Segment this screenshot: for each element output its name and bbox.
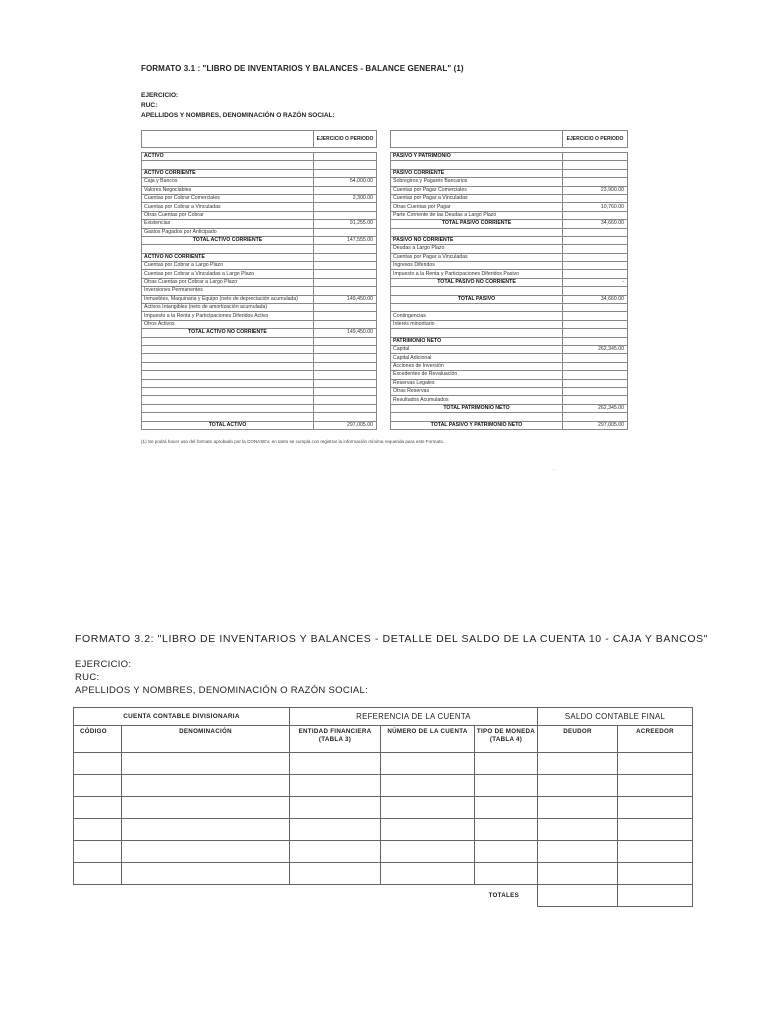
col-numero-cuenta-cell[interactable]	[381, 841, 475, 863]
col-deudor-cell[interactable]	[538, 819, 618, 841]
col-deudor-cell[interactable]	[538, 841, 618, 863]
balance-row-label: Capital	[391, 345, 563, 353]
balance-row: ACTIVO	[142, 153, 377, 161]
balance-row-value	[563, 161, 628, 169]
balance-row-value	[563, 413, 628, 421]
balance-row-label: TOTAL PASIVO Y PATRIMONIO NETO	[391, 421, 563, 429]
balance-row-label: PASIVO Y PATRIMONIO	[391, 153, 563, 161]
balance-row: Caja y Bancos54,000.00	[142, 178, 377, 186]
balance-row-label: Parte Corriente de las Deudas a Largo Pl…	[391, 211, 563, 219]
balance-row	[142, 413, 377, 421]
balance-row-value: 54,000.00	[314, 178, 377, 186]
balance-row: Cuentas por Cobrar a Largo Plazo	[142, 262, 377, 270]
balance-row-label	[391, 329, 563, 337]
balance-row: Inversiones Permanentes	[142, 287, 377, 295]
group-header-referencia: REFERENCIA DE LA CUENTA	[290, 708, 538, 726]
balance-row-label: Interés minoritario	[391, 320, 563, 328]
balance-row-value	[563, 236, 628, 244]
balance-row-label: Otras Cuentas por Cobrar a Largo Plazo	[142, 278, 314, 286]
balance-row-value	[314, 404, 377, 412]
balance-row-value	[563, 396, 628, 404]
table-row	[74, 753, 693, 775]
col-numero-cuenta-cell[interactable]	[381, 863, 475, 885]
balance-row-label: Cuentas por Pagar Comerciales	[391, 186, 563, 194]
activo-header-blank	[142, 131, 314, 148]
col-acreedor-cell[interactable]	[618, 863, 693, 885]
balance-row-label: TOTAL ACTIVO CORRIENTE	[142, 236, 314, 244]
balance-row: Ingresos Diferidos	[391, 262, 628, 270]
col-tipo-moneda-cell[interactable]	[475, 841, 538, 863]
balance-row-value	[563, 354, 628, 362]
activo-period-header: EJERCICIO O PERIODO	[314, 131, 377, 148]
balance-row-value: 147,555.00	[314, 236, 377, 244]
razon-social-label: APELLIDOS Y NOMBRES, DENOMINACIÓN O RAZÓ…	[141, 111, 335, 121]
balance-row: TOTAL PASIVO NO CORRIENTE-	[391, 278, 628, 286]
balance-row-value	[314, 186, 377, 194]
balance-row-value	[314, 345, 377, 353]
balance-row: TOTAL PASIVO Y PATRIMONIO NETO297,005.00	[391, 421, 628, 429]
col-entidad-financiera-cell[interactable]	[290, 863, 381, 885]
balance-row-label	[391, 161, 563, 169]
balance-row: Existencias91,255.00	[142, 220, 377, 228]
balance-row-label: Acciones de Inversión	[391, 362, 563, 370]
balance-row-value	[314, 337, 377, 345]
balance-row-label: PASIVO CORRIENTE	[391, 169, 563, 177]
col-deudor: DEUDOR	[538, 726, 618, 753]
balance-row-label: Activos Intangibles (neto de amortizació…	[142, 304, 314, 312]
balance-row-label: Ingresos Diferidos	[391, 262, 563, 270]
balance-row: TOTAL ACTIVO297,005.00	[142, 421, 377, 429]
balance-row	[142, 345, 377, 353]
balance-row: Contingencias	[391, 312, 628, 320]
stray-mark: .	[553, 466, 555, 472]
col-numero-cuenta-cell[interactable]	[381, 753, 475, 775]
balance-row-value: 34,660.00	[563, 220, 628, 228]
totales-label: TOTALES	[475, 885, 538, 907]
balance-row-value	[563, 362, 628, 370]
balance-row-value	[314, 320, 377, 328]
balance-row-value	[314, 161, 377, 169]
balance-row: Interés minoritario	[391, 320, 628, 328]
balance-row: Cuentas por Pagar a Vinculadas	[391, 253, 628, 261]
balance-row	[142, 245, 377, 253]
balance-row	[391, 228, 628, 236]
col-acreedor: ACREEDOR	[618, 726, 693, 753]
col-entidad-financiera-cell[interactable]	[290, 819, 381, 841]
balance-row-label: Cuentas por Cobrar Comerciales	[142, 194, 314, 202]
col-denominacion: DENOMINACIÓN	[122, 726, 290, 753]
balance-row-label	[142, 413, 314, 421]
balance-row-value	[563, 329, 628, 337]
balance-row-label: Existencias	[142, 220, 314, 228]
col-acreedor-cell[interactable]	[618, 753, 693, 775]
col-deudor-cell[interactable]	[538, 775, 618, 797]
balance-row: PASIVO Y PATRIMONIO	[391, 153, 628, 161]
pasivo-patrimonio-table: PASIVO Y PATRIMONIOPASIVO CORRIENTESobre…	[390, 152, 628, 430]
balance-row-value: 262,345.00	[563, 404, 628, 412]
col-codigo: CÓDIGO	[74, 726, 122, 753]
activo-table: ACTIVOACTIVO CORRIENTECaja y Bancos54,00…	[141, 152, 377, 430]
ruc-label: RUC:	[141, 101, 335, 111]
col-denominacion-cell[interactable]	[122, 841, 290, 863]
col-acreedor-cell[interactable]	[618, 775, 693, 797]
format31-header-fields: EJERCICIO: RUC: APELLIDOS Y NOMBRES, DEN…	[141, 91, 335, 121]
balance-row-label: TOTAL ACTIVO NO CORRIENTE	[142, 329, 314, 337]
col-deudor-cell[interactable]	[538, 863, 618, 885]
table-row	[74, 819, 693, 841]
balance-row: Cuentas por Cobrar a Vinculadas	[142, 203, 377, 211]
col-denominacion-cell[interactable]	[122, 775, 290, 797]
balance-row-label: TOTAL ACTIVO	[142, 421, 314, 429]
balance-row-value	[314, 362, 377, 370]
balance-row	[391, 329, 628, 337]
balance-row-value	[563, 153, 628, 161]
balance-row-value	[314, 228, 377, 236]
balance-row-value: 262,345.00	[563, 345, 628, 353]
balance-row-label: Cuentas por Cobrar a Vinculadas	[142, 203, 314, 211]
balance-row: Cuentas por Pagar a Vinculadas	[391, 194, 628, 202]
col-codigo-cell[interactable]	[74, 797, 122, 819]
balance-row-label: Otras Cuentas por Cobrar	[142, 211, 314, 219]
balance-row-label: Capital Adicional	[391, 354, 563, 362]
balance-row: Impuesto a la Renta y Participaciones Di…	[142, 312, 377, 320]
balance-row-label	[391, 304, 563, 312]
balance-row-label: Excedentes de Revaluación	[391, 371, 563, 379]
balance-row-value	[314, 304, 377, 312]
balance-row-value	[314, 396, 377, 404]
balance-row-value	[563, 253, 628, 261]
balance-row-label: Gastos Pagados por Anticipado	[142, 228, 314, 236]
balance-row-value	[314, 262, 377, 270]
balance-row	[391, 413, 628, 421]
balance-row-label	[142, 387, 314, 395]
balance-row: Otros Activos	[142, 320, 377, 328]
balance-row-value	[563, 194, 628, 202]
balance-row	[142, 354, 377, 362]
balance-row-value	[563, 371, 628, 379]
balance-row: Capital Adicional	[391, 354, 628, 362]
balance-row-value	[563, 245, 628, 253]
col-entidad-financiera-cell[interactable]	[290, 797, 381, 819]
balance-row	[142, 362, 377, 370]
balance-row-label: TOTAL PASIVO	[391, 295, 563, 303]
balance-row-label: Impuesto a la Renta y Participaciones Di…	[142, 312, 314, 320]
col-tipo-moneda-cell[interactable]	[475, 753, 538, 775]
balance-row-value	[314, 278, 377, 286]
col-codigo-cell[interactable]	[74, 775, 122, 797]
balance-row-value	[314, 413, 377, 421]
total-acreedor-cell[interactable]	[618, 885, 693, 907]
col-tipo-moneda-cell[interactable]	[475, 797, 538, 819]
balance-row-label	[142, 379, 314, 387]
balance-row-label: Reservas Legales	[391, 379, 563, 387]
balance-row-value	[314, 253, 377, 261]
balance-row-value: 10,760.00	[563, 203, 628, 211]
balance-row-value	[563, 320, 628, 328]
balance-row-value	[314, 371, 377, 379]
footnote: (1) Se podrá hacer uso del formato aprob…	[141, 439, 444, 444]
balance-row-value: 149,450.00	[314, 329, 377, 337]
balance-row: Gastos Pagados por Anticipado	[142, 228, 377, 236]
balance-row-label: TOTAL PASIVO NO CORRIENTE	[391, 278, 563, 286]
balance-row: TOTAL PASIVO CORRIENTE34,660.00	[391, 220, 628, 228]
balance-row: Otras Cuentas por Pagar10,760.00	[391, 203, 628, 211]
balance-row: Activos Intangibles (neto de amortizació…	[142, 304, 377, 312]
balance-row-value	[314, 379, 377, 387]
balance-row-label: ACTIVO CORRIENTE	[142, 169, 314, 177]
balance-row	[142, 337, 377, 345]
balance-row-value	[563, 287, 628, 295]
balance-row: PATRIMONIO NETO	[391, 337, 628, 345]
col-denominacion-cell[interactable]	[122, 797, 290, 819]
col-entidad-financiera-cell[interactable]	[290, 753, 381, 775]
col-tipo-moneda-cell[interactable]	[475, 863, 538, 885]
balance-row-label: Valores Negociables	[142, 186, 314, 194]
balance-row-value	[314, 211, 377, 219]
group-header-cuenta: CUENTA CONTABLE DIVISIONARIA	[74, 708, 290, 726]
balance-row-label: Otras Cuentas por Pagar	[391, 203, 563, 211]
balance-row: Otras Cuentas por Cobrar a Largo Plazo	[142, 278, 377, 286]
balance-row-label: ACTIVO	[142, 153, 314, 161]
pasivo-period-header: EJERCICIO O PERIODO	[563, 131, 628, 148]
balance-row-value	[563, 379, 628, 387]
balance-row	[142, 371, 377, 379]
col-tipo-moneda-cell[interactable]	[475, 775, 538, 797]
col-deudor-cell[interactable]	[538, 753, 618, 775]
col-tipo-moneda: TIPO DE MONEDA (TABLA 4)	[475, 726, 538, 753]
balance-row-label	[391, 287, 563, 295]
balance-row-label: PATRIMONIO NETO	[391, 337, 563, 345]
balance-row-label	[142, 245, 314, 253]
balance-row: Cuentas por Cobrar Comerciales2,300.00	[142, 194, 377, 202]
balance-row-label: Inversiones Permanentes	[142, 287, 314, 295]
balance-row: ACTIVO CORRIENTE	[142, 169, 377, 177]
balance-row-label	[142, 396, 314, 404]
balance-row	[391, 304, 628, 312]
balance-row: Resultados Acumulados	[391, 396, 628, 404]
balance-row: TOTAL PATRIMONIO NETO262,345.00	[391, 404, 628, 412]
balance-row: Sobregiros y Pagarés Bancarios	[391, 178, 628, 186]
col-denominacion-cell[interactable]	[122, 863, 290, 885]
balance-row-value	[314, 354, 377, 362]
group-header-saldo: SALDO CONTABLE FINAL	[538, 708, 693, 726]
col-numero-cuenta-cell[interactable]	[381, 775, 475, 797]
balance-row-label: Cuentas por Pagar a Vinculadas	[391, 253, 563, 261]
balance-row-value	[314, 169, 377, 177]
balance-row	[142, 379, 377, 387]
balance-row-label: Otros Activos	[142, 320, 314, 328]
balance-row-value	[314, 270, 377, 278]
balance-row-label: Cuentas por Pagar a Vinculadas	[391, 194, 563, 202]
balance-row	[142, 387, 377, 395]
balance-row-label: ACTIVO NO CORRIENTE	[142, 253, 314, 261]
balance-row-label: PASIVO NO CORRIENTE	[391, 236, 563, 244]
balance-row-value: 23,900.00	[563, 186, 628, 194]
col-acreedor-cell[interactable]	[618, 819, 693, 841]
balance-row-label: Cuentas por Cobrar a Vinculadas a Largo …	[142, 270, 314, 278]
balance-row: Parte Corriente de las Deudas a Largo Pl…	[391, 211, 628, 219]
col-numero-cuenta: NÚMERO DE LA CUENTA	[381, 726, 475, 753]
balance-row: PASIVO CORRIENTE	[391, 169, 628, 177]
balance-row-value: 2,300.00	[314, 194, 377, 202]
pasivo-column-header: EJERCICIO O PERIODO	[390, 130, 628, 148]
balance-row-value	[314, 312, 377, 320]
balance-row-label	[142, 404, 314, 412]
balance-row-label: Inmuebles, Maquinaria y Equipo (neto de …	[142, 295, 314, 303]
balance-row-value: -	[563, 278, 628, 286]
balance-row-value	[563, 178, 628, 186]
balance-row-value	[563, 270, 628, 278]
col-acreedor-cell[interactable]	[618, 841, 693, 863]
balance-row-label: TOTAL PATRIMONIO NETO	[391, 404, 563, 412]
balance-row-value	[314, 203, 377, 211]
col-acreedor-cell[interactable]	[618, 797, 693, 819]
balance-row: Otras Reservas	[391, 387, 628, 395]
balance-row-label: TOTAL PASIVO CORRIENTE	[391, 220, 563, 228]
balance-row-value: 297,005.00	[314, 421, 377, 429]
table-row	[74, 863, 693, 885]
balance-row: Cuentas por Pagar Comerciales23,900.00	[391, 186, 628, 194]
balance-row-value: 91,255.00	[314, 220, 377, 228]
col-codigo-cell[interactable]	[74, 863, 122, 885]
balance-row-label	[142, 371, 314, 379]
balance-row: PASIVO NO CORRIENTE	[391, 236, 628, 244]
balance-row: Valores Negociables	[142, 186, 377, 194]
format32-title: FORMATO 3.2: "LIBRO DE INVENTARIOS Y BAL…	[75, 633, 708, 645]
balance-row-label: Deudas a Largo Plazo	[391, 245, 563, 253]
balance-row-value	[563, 262, 628, 270]
pasivo-header-blank	[391, 131, 563, 148]
col-entidad-financiera-cell[interactable]	[290, 841, 381, 863]
balance-row-value	[314, 387, 377, 395]
balance-row-value: 297,005.00	[563, 421, 628, 429]
balance-row: ACTIVO NO CORRIENTE	[142, 253, 377, 261]
col-numero-cuenta-cell[interactable]	[381, 819, 475, 841]
balance-row-label: Impuesto a la Renta y Participaciones Di…	[391, 270, 563, 278]
table-row	[74, 775, 693, 797]
balance-row-label: Cuentas por Cobrar a Largo Plazo	[142, 262, 314, 270]
balance-row: Reservas Legales	[391, 379, 628, 387]
col-tipo-moneda-cell[interactable]	[475, 819, 538, 841]
balance-row: TOTAL ACTIVO NO CORRIENTE149,450.00	[142, 329, 377, 337]
total-deudor-cell[interactable]	[538, 885, 618, 907]
balance-row-label: Resultados Acumulados	[391, 396, 563, 404]
ejercicio-label: EJERCICIO:	[141, 91, 335, 101]
balance-row-value: 34,660.00	[563, 295, 628, 303]
table-row	[74, 841, 693, 863]
balance-row: Deudas a Largo Plazo	[391, 245, 628, 253]
col-codigo-cell[interactable]	[74, 753, 122, 775]
balance-row	[142, 396, 377, 404]
balance-row-value	[563, 169, 628, 177]
balance-row-label: Caja y Bancos	[142, 178, 314, 186]
balance-row-label: Otras Reservas	[391, 387, 563, 395]
balance-row-value: 149,450.00	[314, 295, 377, 303]
balance-row-label	[391, 413, 563, 421]
ejercicio-label: EJERCICIO:	[75, 658, 368, 671]
razon-social-label: APELLIDOS Y NOMBRES, DENOMINACIÓN O RAZÓ…	[75, 684, 368, 697]
balance-row: Inmuebles, Maquinaria y Equipo (neto de …	[142, 295, 377, 303]
balance-row-value	[563, 337, 628, 345]
balance-row-value	[563, 304, 628, 312]
balance-row	[391, 161, 628, 169]
format31-title: FORMATO 3.1 : "LIBRO DE INVENTARIOS Y BA…	[141, 64, 464, 73]
balance-row: Impuesto a la Renta y Participaciones Di…	[391, 270, 628, 278]
col-deudor-cell[interactable]	[538, 797, 618, 819]
balance-row-label	[391, 228, 563, 236]
balance-row	[142, 161, 377, 169]
balance-row-label: Contingencias	[391, 312, 563, 320]
balance-row: Capital262,345.00	[391, 345, 628, 353]
balance-row-label	[142, 362, 314, 370]
balance-row-value	[314, 245, 377, 253]
ruc-label: RUC:	[75, 671, 368, 684]
balance-row-label	[142, 337, 314, 345]
balance-row-value	[563, 211, 628, 219]
activo-column-header: EJERCICIO O PERIODO	[141, 130, 377, 148]
col-numero-cuenta-cell[interactable]	[381, 797, 475, 819]
balance-row: Excedentes de Revaluación	[391, 371, 628, 379]
balance-row	[142, 404, 377, 412]
col-entidad-financiera-cell[interactable]	[290, 775, 381, 797]
col-denominacion-cell[interactable]	[122, 819, 290, 841]
balance-row-label	[142, 161, 314, 169]
col-codigo-cell[interactable]	[74, 819, 122, 841]
table-row	[74, 797, 693, 819]
caja-bancos-table: CUENTA CONTABLE DIVISIONARIA REFERENCIA …	[73, 707, 693, 907]
balance-row-value	[314, 287, 377, 295]
format32-header-fields: EJERCICIO: RUC: APELLIDOS Y NOMBRES, DEN…	[75, 658, 368, 697]
balance-row: Cuentas por Cobrar a Vinculadas a Largo …	[142, 270, 377, 278]
balance-row-value	[563, 312, 628, 320]
balance-row: TOTAL PASIVO34,660.00	[391, 295, 628, 303]
balance-row-label	[142, 345, 314, 353]
balance-row-label	[142, 354, 314, 362]
col-codigo-cell[interactable]	[74, 841, 122, 863]
balance-row-value	[314, 153, 377, 161]
balance-row-value	[563, 228, 628, 236]
balance-row-label: Sobregiros y Pagarés Bancarios	[391, 178, 563, 186]
col-denominacion-cell[interactable]	[122, 753, 290, 775]
balance-row: Acciones de Inversión	[391, 362, 628, 370]
balance-row-value	[563, 387, 628, 395]
balance-row	[391, 287, 628, 295]
col-entidad-financiera: ENTIDAD FINANCIERA (TABLA 3)	[290, 726, 381, 753]
balance-row: Otras Cuentas por Cobrar	[142, 211, 377, 219]
balance-row: TOTAL ACTIVO CORRIENTE147,555.00	[142, 236, 377, 244]
